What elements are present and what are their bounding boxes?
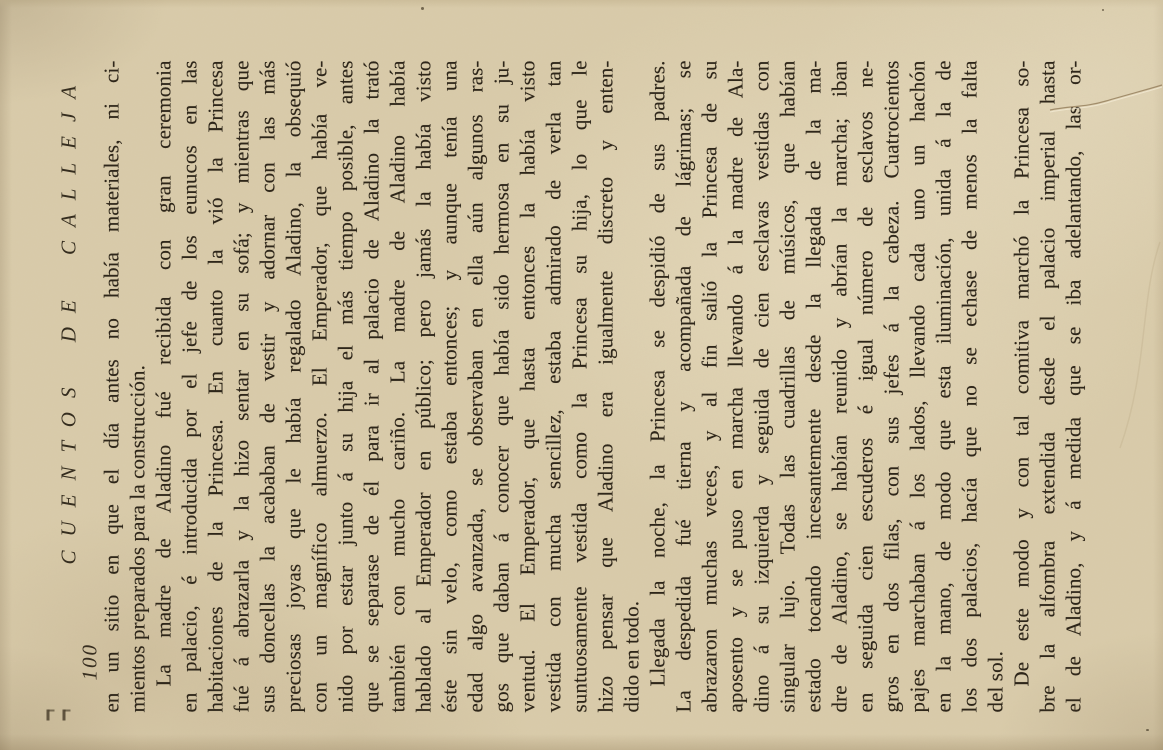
text-line: ventud. El Emperador, que hasta entonces… <box>514 60 540 712</box>
text-line: abrazaron muchas veces, y al fin salió l… <box>696 60 722 712</box>
text-line: De este modo y con tal comitiva marchó l… <box>1008 60 1034 712</box>
page-text-block: en un sitio en que el día antes no había… <box>98 60 1086 712</box>
text-line: mientos preparados para la construcción. <box>124 60 150 712</box>
paper-speck <box>1102 9 1104 11</box>
text-line: suntuosamente vestida como la Princesa s… <box>566 60 592 712</box>
text-line: en palacio, é introducida por el jefe de… <box>176 60 202 712</box>
text-line: del sol. <box>982 60 1008 712</box>
text-line: el de Aladino, y á medida que se iba ade… <box>1060 60 1086 712</box>
text-line: pajes marchaban á los lados, llevando ca… <box>904 60 930 712</box>
text-line: dido en todo. <box>618 60 644 712</box>
ink-mark <box>44 706 78 722</box>
text-line: nido por estar junto á su hija el más ti… <box>332 60 358 712</box>
text-line: los dos palacios, hacía que no se echase… <box>956 60 982 712</box>
text-line: fué á abrazarla y la hizo sentar en su s… <box>228 60 254 712</box>
text-line: aposento y se puso en marcha llevando á … <box>722 60 748 712</box>
text-line: gos que daban á conocer que había sido h… <box>488 60 514 712</box>
paper-speck <box>1146 729 1149 731</box>
page-sheet: 100 CUENTOS DE CALLEJA en un sitio en qu… <box>0 0 1163 750</box>
text-line: bre la alfombra extendida desde el palac… <box>1034 60 1060 712</box>
text-line: La despedida fué tierna y acompañada de … <box>670 60 696 712</box>
text-line: hizo pensar que Aladino era igualmente d… <box>592 60 618 712</box>
text-line: habitaciones de la Princesa. En cuanto l… <box>202 60 228 712</box>
text-line: vestida con mucha sencillez, estaba admi… <box>540 60 566 712</box>
text-line: con un magnífico almuerzo. El Emperador,… <box>306 60 332 712</box>
running-head: CUENTOS DE CALLEJA <box>56 71 81 564</box>
text-line: que se separase de él para ir al palacio… <box>358 60 384 712</box>
text-line: dre de Aladino, se habían reunido y abrí… <box>826 60 852 712</box>
text-line: edad algo avanzada, se observaban en ell… <box>462 60 488 712</box>
text-line: en seguida cien escuderos é igual número… <box>852 60 878 712</box>
text-line: éste sin velo, como estaba entonces; y a… <box>436 60 462 712</box>
text-line: La madre de Aladino fué recibida con gra… <box>150 60 176 712</box>
paper-speck <box>421 7 424 10</box>
text-line: dino á su izquierda y seguida de cien es… <box>748 60 774 712</box>
scanned-book-page: 100 CUENTOS DE CALLEJA en un sitio en qu… <box>0 0 1163 750</box>
text-line: en un sitio en que el día antes no había… <box>98 60 124 712</box>
text-line: preciosas joyas que le había regalado Al… <box>280 60 306 712</box>
text-line: sus doncellas la acababan de vestir y ad… <box>254 60 280 712</box>
text-line: Llegada la noche, la Princesa se despidi… <box>644 60 670 712</box>
text-line: singular lujo. Todas las cuadrillas de m… <box>774 60 800 712</box>
text-line: gros en dos filas, con sus jefes á la ca… <box>878 60 904 712</box>
text-line: estado tocando incesantemente desde la l… <box>800 60 826 712</box>
text-line: también con mucho cariño. La madre de Al… <box>384 60 410 712</box>
text-line: en la mano, de modo que esta iluminación… <box>930 60 956 712</box>
text-line: hablado al Emperador en público; pero ja… <box>410 60 436 712</box>
